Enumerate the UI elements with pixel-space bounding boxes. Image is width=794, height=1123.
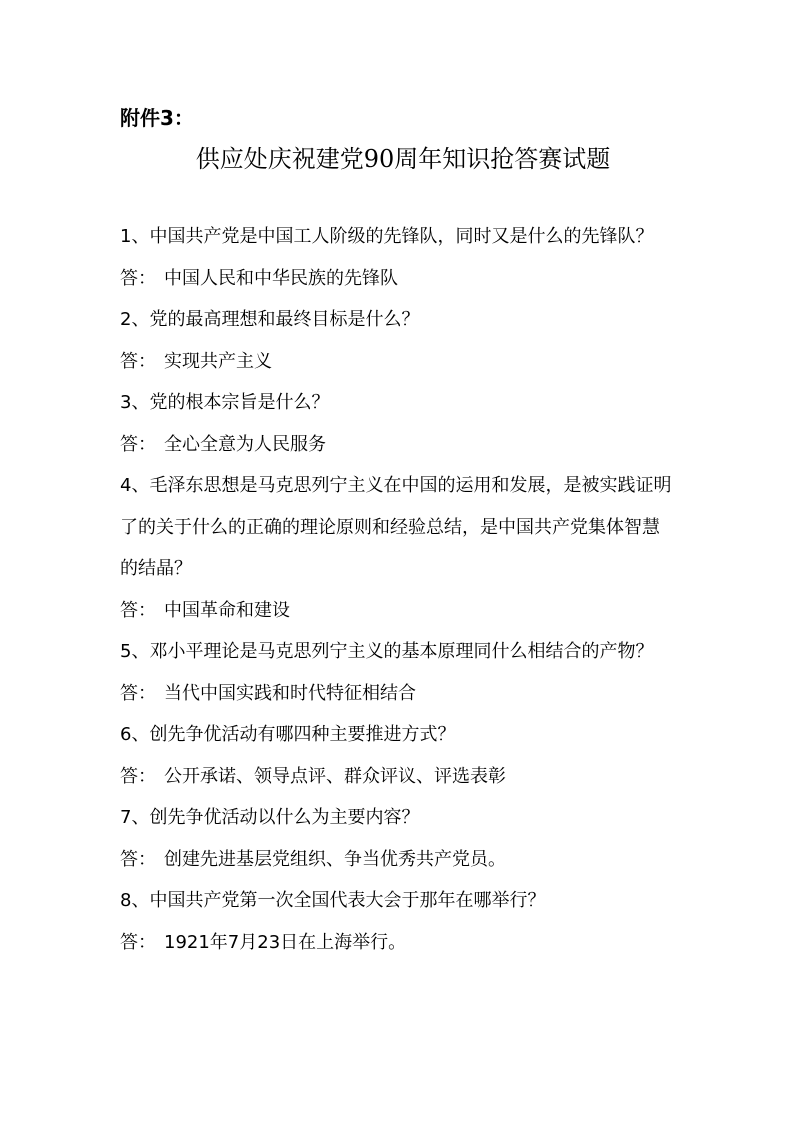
answer-prefix: 答： [120, 683, 156, 704]
answer-text: 实现共产主义 [164, 351, 272, 372]
question-text: 毛泽东思想是马克思列宁主义在中国的运用和发展，是被实践证明了的关于什么的正确的理… [120, 475, 671, 579]
answer-5: 答：当代中国实践和时代特征相结合 [120, 673, 676, 715]
answer-text: 公开承诺、领导点评、群众评议、评选表彰 [164, 766, 506, 787]
question-number: 4、 [120, 475, 149, 496]
answer-prefix: 答： [120, 766, 156, 787]
quiz-content: 1、中国共产党是中国工人阶级的先锋队，同时又是什么的先锋队？ 答：中国人民和中华… [120, 216, 676, 963]
answer-text: 中国革命和建设 [164, 600, 290, 621]
question-number: 5、 [120, 641, 149, 662]
document-title: 供应处庆祝建党90周年知识抢答赛试题 [0, 142, 794, 176]
question-6: 6、创先争优活动有哪四种主要推进方式？ [120, 714, 676, 756]
answer-prefix: 答： [120, 600, 156, 621]
question-number: 6、 [120, 724, 149, 745]
answer-8: 答：1921年7月23日在上海举行。 [120, 922, 676, 964]
question-text: 创先争优活动有哪四种主要推进方式？ [149, 724, 455, 745]
question-text: 中国共产党第一次全国代表大会于那年在哪举行？ [149, 890, 545, 911]
question-text: 创先争优活动以什么为主要内容？ [149, 807, 419, 828]
question-1: 1、中国共产党是中国工人阶级的先锋队，同时又是什么的先锋队？ [120, 216, 676, 258]
answer-prefix: 答： [120, 434, 156, 455]
answer-text: 创建先进基层党组织、争当优秀共产党员。 [164, 849, 506, 870]
question-number: 1、 [120, 226, 149, 247]
answer-text: 1921年7月23日在上海举行。 [164, 932, 406, 953]
answer-prefix: 答： [120, 932, 156, 953]
question-text: 党的最高理想和最终目标是什么？ [149, 309, 419, 330]
answer-text: 中国人民和中华民族的先锋队 [164, 268, 398, 289]
question-2: 2、党的最高理想和最终目标是什么？ [120, 299, 676, 341]
answer-3: 答：全心全意为人民服务 [120, 424, 676, 466]
answer-prefix: 答： [120, 849, 156, 870]
question-4: 4、毛泽东思想是马克思列宁主义在中国的运用和发展，是被实践证明了的关于什么的正确… [120, 465, 676, 590]
question-number: 7、 [120, 807, 149, 828]
question-text: 中国共产党是中国工人阶级的先锋队，同时又是什么的先锋队？ [149, 226, 653, 247]
answer-prefix: 答： [120, 268, 156, 289]
question-number: 2、 [120, 309, 149, 330]
answer-1: 答：中国人民和中华民族的先锋队 [120, 258, 676, 300]
answer-text: 全心全意为人民服务 [164, 434, 326, 455]
question-7: 7、创先争优活动以什么为主要内容？ [120, 797, 676, 839]
question-number: 8、 [120, 890, 149, 911]
question-3: 3、党的根本宗旨是什么？ [120, 382, 676, 424]
answer-4: 答：中国革命和建设 [120, 590, 676, 632]
answer-prefix: 答： [120, 351, 156, 372]
document-page: 附件3： 供应处庆祝建党90周年知识抢答赛试题 1、中国共产党是中国工人阶级的先… [0, 0, 794, 1123]
answer-2: 答：实现共产主义 [120, 341, 676, 383]
question-text: 邓小平理论是马克思列宁主义的基本原理同什么相结合的产物？ [149, 641, 653, 662]
question-number: 3、 [120, 392, 149, 413]
question-text: 党的根本宗旨是什么？ [149, 392, 329, 413]
attachment-label: 附件3： [120, 103, 194, 133]
answer-6: 答：公开承诺、领导点评、群众评议、评选表彰 [120, 756, 676, 798]
question-5: 5、邓小平理论是马克思列宁主义的基本原理同什么相结合的产物？ [120, 631, 676, 673]
answer-7: 答：创建先进基层党组织、争当优秀共产党员。 [120, 839, 676, 881]
question-8: 8、中国共产党第一次全国代表大会于那年在哪举行？ [120, 880, 676, 922]
answer-text: 当代中国实践和时代特征相结合 [164, 683, 416, 704]
